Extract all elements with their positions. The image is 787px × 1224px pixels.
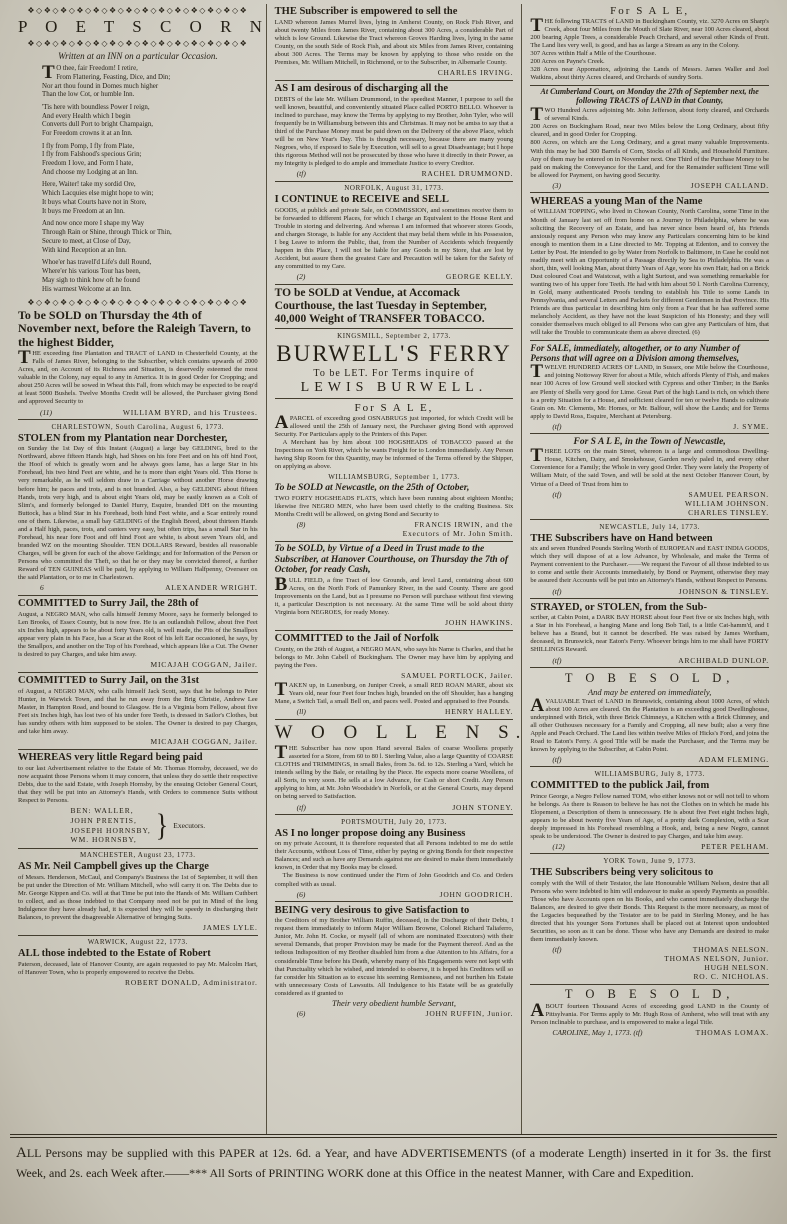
ad-strayed-horse: STRAYED, or STOLEN, from the Sub- scribe… [530,602,769,665]
ad-signature: (tf)JOHNSON & TINSLEY. [530,587,769,596]
ad-signature: (6)JOHN RUFFIN, Junior. [275,1009,514,1018]
ornament-border-bottom: ❖◇❖◇❖◇❖◇❖◇❖◇❖◇❖◇❖◇❖◇❖◇❖◇❖◇❖ [18,39,258,48]
signer-name: MICAJAH COGGAN, Jailer. [151,660,258,669]
rule [530,340,769,341]
ad-headline: AS I no longer propose doing any Busines… [275,828,514,840]
ad-ref: CAROLINE, May 1, 1773. (tf) [552,1028,642,1037]
ad-ref: (tf) [297,169,306,178]
ad-dateline: WILLIAMSBURG, July 8, 1773. [530,770,769,778]
signer-name: HENRY HALLEY. [445,707,513,716]
ad-headline: COMMITTED to the publick Jail, from [530,780,769,792]
rule [530,766,769,767]
ornament-divider: ❖◇❖◇❖◇❖◇❖◇❖◇❖◇❖◇❖◇❖◇❖◇❖◇❖◇❖ [18,298,258,307]
rule [18,419,258,420]
rule [275,181,514,182]
rule [530,85,769,86]
rule [530,984,769,985]
ad-woollens: W O O L L E N S. THE Subscriber has now … [275,722,514,811]
ad-signature: (tf)J. SYME. [530,422,769,431]
ad-missing-topping: WHEREAS a young Man of the Name of WILLI… [530,196,769,338]
signer-name: CHARLES IRVING. [438,68,514,77]
rule [18,749,258,750]
ad-signature: (tf)SAMUEL PEARSON. WILLIAM JOHNSON. CHA… [530,490,769,517]
ad-newcastle-lots: For S A L E, in the Town of Newcastle, T… [530,437,769,517]
ad-headline: WHEREAS very little Regard being paid [18,752,258,764]
ad-johnson-tinsley-goods: NEWCASTLE, July 14, 1773. THE Subscriber… [530,523,769,596]
ad-ref: (3) [552,181,561,190]
brace-glyph: } [156,808,168,844]
ad-body: Prince George, a Negro Fellow named TOM,… [530,793,769,841]
signer-name: JOHNSON & TINSLEY. [679,587,769,596]
rule [275,901,514,902]
rule [530,667,769,668]
ad-signature: (tf)ARCHIBALD DUNLOP. [530,656,769,665]
signer-name: JOHN RUFFIN, Junior. [426,1009,514,1018]
ad-ref: (8) [297,520,306,529]
ad-osnabrugs: For S A L E, A PARCEL of exceeding good … [275,402,514,471]
ad-body: BULL FIELD, a fine Tract of low Grounds,… [275,577,514,617]
signer-name: GEORGE KELLY. [446,272,513,281]
rule [275,328,514,329]
ad-body: GOODS, at publick and private Sale, on C… [275,207,514,271]
ad-headline: TO be SOLD at Vendue, at Accomack Courth… [275,287,514,326]
ad-campbell-business: MANCHESTER, August 23, 1773. AS Mr. Neil… [18,851,258,932]
ad-body: of WILLIAM TOPPING, who lived in Chowan … [530,208,769,337]
ad-pittsylvania-land: T O B E S O L D, ABOUT fourteen Thousand… [530,987,769,1037]
rule [18,848,258,849]
ad-body: TWELVE HUNDRED ACRES OF LAND, in Sussex,… [530,364,769,420]
rule [275,719,514,720]
ad-ref: (11) [40,408,52,417]
ad-body: THE Subscriber has now upon Hand several… [275,745,514,801]
rule [275,630,514,631]
closing-line: Their very obedient humble Servant, [275,998,514,1008]
signer-name: JOSEPH CALLAND. [691,181,769,190]
ad-body: THE exceeding fine Plantation and TRACT … [18,350,258,406]
ad-committed-norfolk: COMMITTED to the Jail of Norfolk County,… [275,633,514,680]
ad-body: A PARCEL of exceeding good OSNABRUGS jus… [275,415,514,439]
signer-name: JOHN GOODRICH. [440,890,514,899]
ad-headline: ALL those indebted to the Estate of Robe… [18,948,258,960]
ad-ref: (tf) [552,587,561,596]
signer-name: ROBERT DONALD, Administrator. [125,978,258,987]
ad-ref: (tf) [552,490,561,499]
signer-name: JOHN STONEY. [452,803,513,812]
to-be-sold-subtitle: And may be entered on immediately, [530,687,769,697]
ad-headline: At Cumberland Court, on Monday the 27th … [530,88,769,106]
ad-headline: AS I am desirous of discharging all the [275,83,514,95]
ad-ruffin-creditors: BEING very desirous to give Satisfaction… [275,905,514,1018]
ad-dateline: CHARLESTOWN, South Carolina, August 6, 1… [18,423,258,431]
ad-signature: (tf)RACHEL DRUMMOND. [275,169,514,178]
newspaper-page: ❖◇❖◇❖◇❖◇❖◇❖◇❖◇❖◇❖◇❖◇❖◇❖◇❖◇❖ P O E T S C … [0,0,787,1224]
poem-stanza: Here, Waiter! take my sordid Ore, Which … [42,181,258,216]
ad-body: August, a NEGRO MAN, who calls himself J… [18,611,258,659]
ad-signature: (2)GEORGE KELLY. [275,272,514,281]
ad-signature: (8)FRANCIS IRWIN, and the Executors of M… [275,520,514,538]
ad-ref: (tf) [297,803,306,812]
ad-signature: JOHN HAWKINS. [275,618,514,627]
ad-kelly-commission: NORFOLK, August 31, 1773. I CONTINUE to … [275,184,514,281]
ad-ref: (2) [297,272,306,281]
ad-body: comply with the Will of their Testator, … [530,880,769,944]
ad-body: of Messrs. Henderson, McCaul, and Compan… [18,874,258,922]
ad-dateline: NORFOLK, August 31, 1773. [275,184,514,192]
to-be-sold-title: T O B E S O L D, [530,987,769,1002]
signer-name: PETER PELHAM. [701,842,769,851]
ad-buckingham-tracts: For S A L E, THE following TRACTS of LAN… [530,5,769,82]
ad-body: of August, a NEGRO MAN, who calls himsel… [18,688,258,736]
ad-headline: THE Subscribers being very solicitous to [530,867,769,879]
to-be-sold-title: T O B E S O L D, [530,671,769,686]
ad-headline: STOLEN from my Plantation near Dorcheste… [18,433,258,445]
column-right: For S A L E, THE following TRACTS of LAN… [521,4,777,1134]
ad-dateline: YORK Town, June 9, 1773. [530,857,769,865]
ad-ref: (6) [297,890,306,899]
footer-rule-top [10,1134,777,1135]
rule [530,519,769,520]
ad-headline: COMMITTED to the Jail of Norfolk [275,633,514,645]
ad-headline: To be SOLD on Thursday the 4th of Novemb… [18,309,258,349]
signer-name: ADAM FLEMING. [699,755,769,764]
ad-headline: To be SOLD, by Virtue of a Deed in Trust… [275,544,514,576]
signer-name: THOMAS NELSON. THOMAS NELSON, Junior. HU… [664,945,769,981]
ad-signature: (12)PETER PELHAM. [530,842,769,851]
ad-bull-field: To be SOLD, by Virtue of a Deed in Trust… [275,544,514,627]
ad-signature: CAROLINE, May 1, 1773. (tf)THOMAS LOMAX. [530,1028,769,1037]
ad-signature: 6ALEXANDER WRIGHT. [18,583,258,592]
ad-signature: CHARLES IRVING. [275,68,514,77]
ferry-title: BURWELL'S FERRY [275,341,514,367]
ad-signature: ROBERT DONALD, Administrator. [18,978,258,987]
ad-body: THE following TRACTS of LAND in Buckingh… [530,18,769,82]
rule [18,935,258,936]
ad-ref: 6 [40,583,44,592]
ad-brunswick-land: T O B E S O L D, And may be entered on i… [530,671,769,764]
rule [530,192,769,193]
ad-dateline: NEWCASTLE, July 14, 1773. [530,523,769,531]
for-sale-heading: For S A L E, [275,402,514,414]
ad-headline: THE Subscribers have on Hand between [530,533,769,545]
ferry-subtitle: To be LET. For Terms inquire of [275,368,514,379]
ad-headline: COMMITTED to Surry Jail, on the 31st [18,675,258,687]
signer-name: THOMAS LOMAX. [696,1028,769,1037]
ad-dateline: KINGSMILL, September 2, 1773. [275,332,514,340]
executor-names: BEN: WALLER, JOHN PRENTIS, JOSEPH HORNSB… [70,806,150,845]
ad-dateline: WILLIAMSBURG, September 1, 1773. [275,473,514,481]
ad-body: the Creditors of my Brother William Ruff… [275,917,514,997]
ad-nelson-estate: YORK Town, June 9, 1773. THE Subscribers… [530,857,769,981]
ad-signature: MICAJAH COGGAN, Jailer. [18,660,258,669]
ad-irving-land: THE Subscriber is empowered to sell the … [275,6,514,77]
ornament-border-top: ❖◇❖◇❖◇❖◇❖◇❖◇❖◇❖◇❖◇❖◇❖◇❖◇❖◇❖ [18,6,258,15]
ad-sussex-acres: For SALE, immediately, altogether, or to… [530,343,769,430]
signer-name: JOHN HAWKINS. [445,618,513,627]
rule [275,398,514,399]
rule [530,853,769,854]
ad-dateline: MANCHESTER, August 23, 1773. [18,851,258,859]
ad-headline: For SALE, immediately, altogether, or to… [530,343,769,363]
poem-stanza: And now once more I shape my Way Through… [42,220,258,255]
ad-porto-bello: AS I am desirous of discharging all the … [275,83,514,178]
ad-signature: (3)JOSEPH CALLAND. [530,181,769,190]
rule [275,284,514,285]
ad-signature: (11)WILLIAM BYRD, and his Trustees. [18,408,258,417]
poem-occasion: Written at an INN on a particular Occasi… [18,51,258,61]
ad-taken-up-mare: TAKEN up, in Lunenburg, on Juniper Creek… [275,682,514,716]
rule [530,598,769,599]
ad-headline: To be SOLD at Newcastle, on the 25th of … [275,483,514,494]
signer-name: SAMUEL PEARSON. WILLIAM JOHNSON. CHARLES… [685,490,769,517]
ad-headline: AS Mr. Neil Campbell gives up the Charge [18,861,258,873]
ad-body: on Sunday the 1st Day of this Instant (A… [18,445,258,582]
ad-signature: (6)JOHN GOODRICH. [275,890,514,899]
rule [18,672,258,673]
signer-name: JAMES LYLE. [203,923,258,932]
signer-name: WILLIAM BYRD, and his Trustees. [123,408,258,417]
ad-ref: (ll) [297,707,306,716]
ad-committed-publick-jail: WILLIAMSBURG, July 8, 1773. COMMITTED to… [530,770,769,851]
ad-body-2: The Business is now continued under the … [275,872,514,888]
ad-headline: COMMITTED to Surry Jail, the 28th of [18,598,258,610]
ad-ref: (tf) [552,656,561,665]
ad-body: LAND whereon James Murrel lives, lying i… [275,19,514,67]
ad-dateline: PORTSMOUTH, July 20, 1773. [275,818,514,826]
ad-signature: (tf)THOMAS NELSON. THOMAS NELSON, Junior… [530,945,769,981]
ad-headline: WHEREAS a young Man of the Name [530,196,769,208]
ad-body: County, on the 26th of August, a NEGRO M… [275,646,514,670]
ad-body: scriber, at Cabin Point, a DARK BAY HORS… [530,614,769,654]
poem-stanza: TO thee, fair Freedom! I retire, From Fl… [42,65,258,100]
ad-body: six and seven Hundred Pounds Sterling Wo… [530,545,769,585]
for-sale-heading: For S A L E, [530,5,769,17]
ad-ref: (tf) [552,945,561,954]
ad-ref: (tf) [552,422,561,431]
ad-raleigh-tavern-sale: To be SOLD on Thursday the 4th of Novemb… [18,309,258,417]
ad-ref: (tf) [552,755,561,764]
executors-label: Executors. [173,821,205,830]
subscription-notice: ALL Persons may be supplied with this PA… [0,1138,787,1182]
ad-body: ABOUT fourteen Thousand Acres of exceedi… [530,1003,769,1027]
ad-body: THREE LOTS on the main Street, whereon i… [530,448,769,488]
signer-name: MICAJAH COGGAN, Jailer. [151,737,258,746]
ad-headline: THE Subscriber is empowered to sell the [275,6,514,18]
columns: ❖◇❖◇❖◇❖◇❖◇❖◇❖◇❖◇❖◇❖◇❖◇❖◇❖◇❖ P O E T S C … [0,0,787,1134]
ad-body: TWO Hundred Acres adjoining Mr. John Jef… [530,107,769,179]
ad-signature: (ll)HENRY HALLEY. [275,707,514,716]
ad-cumberland-tracts: At Cumberland Court, on Monday the 27th … [530,88,769,189]
poem-stanza: Whoe'er has travell'd Life's dull Round,… [42,259,258,294]
ad-signature: MICAJAH COGGAN, Jailer. [18,737,258,746]
ad-headline: BEING very desirous to give Satisfaction… [275,905,514,917]
ad-signature: JAMES LYLE. [18,923,258,932]
signer-name: SAMUEL PORTLOCK, Jailer. [401,671,513,680]
ferry-owner: LEWIS BURWELL. [275,380,514,396]
executors-block: BEN: WALLER, JOHN PRENTIS, JOSEPH HORNSB… [18,806,258,845]
signer-name: ALEXANDER WRIGHT. [165,583,257,592]
rule [530,433,769,434]
ad-signature: SAMUEL PORTLOCK, Jailer. [275,671,514,680]
ad-signature: (tf)JOHN STONEY. [275,803,514,812]
ad-ref: (6) [297,1009,306,1018]
ad-body: TAKEN up, in Lunenburg, on Juniper Creek… [275,682,514,706]
ad-headline: I CONTINUE to RECEIVE and SELL [275,194,514,206]
ad-body: to our last Advertisement relative to th… [18,765,258,805]
woollens-title: W O O L L E N S. [275,722,514,744]
ad-headline: For S A L E, in the Town of Newcastle, [530,437,769,448]
poem-stanza: I fly from Pomp, I fly from Plate, I fly… [42,143,258,178]
signer-name: FRANCIS IRWIN, and the Executors of Mr. … [403,520,514,538]
ad-newcastle-flats: WILLIAMSBURG, September 1, 1773. To be S… [275,473,514,538]
signer-name: RACHEL DRUMMOND. [422,169,514,178]
rule [275,541,514,542]
ad-transfer-tobacco: TO be SOLD at Vendue, at Accomack Courth… [275,287,514,326]
poets-corner-title: P O E T S C O R N E R. [18,17,258,37]
column-middle: THE Subscriber is empowered to sell the … [266,4,522,1134]
ad-hornsby-estate: WHEREAS very little Regard being paid to… [18,752,258,845]
ad-committed-surry-31: COMMITTED to Surry Jail, on the 31st of … [18,675,258,746]
rule [275,814,514,815]
poem-stanza: 'Tis here with boundless Power I reign, … [42,104,258,139]
ad-headline: STRAYED, or STOLEN, from the Sub- [530,602,769,614]
ad-dateline: WARWICK, August 22, 1773. [18,938,258,946]
ad-signature: (tf)ADAM FLEMING. [530,755,769,764]
ad-committed-surry-28: COMMITTED to Surry Jail, the 28th of Aug… [18,598,258,669]
rule [18,595,258,596]
ad-body-2: A Merchant has by him about 100 HOGSHEAD… [275,439,514,471]
ad-body: on my private Account, it is therefore r… [275,840,514,872]
ad-body: TWO FORTY HOGSHEADS FLATS, which have be… [275,495,514,519]
signer-name: J. SYME. [733,422,769,431]
ad-stolen-geldings: CHARLESTOWN, South Carolina, August 6, 1… [18,423,258,593]
ad-burwells-ferry: KINGSMILL, September 2, 1773. BURWELL'S … [275,332,514,396]
signer-name: ARCHIBALD DUNLOP. [678,656,769,665]
ad-paterson-estate: WARWICK, August 22, 1773. ALL those inde… [18,938,258,987]
ad-goodrich-business: PORTSMOUTH, July 20, 1773. AS I no longe… [275,818,514,899]
column-left: ❖◇❖◇❖◇❖◇❖◇❖◇❖◇❖◇❖◇❖◇❖◇❖◇❖◇❖ P O E T S C … [10,4,266,1134]
ad-body: Paterson, deceased, late of Hanover Coun… [18,961,258,977]
ad-body: DEBTS of the late Mr. William Drummond, … [275,96,514,168]
ad-body: A VALUABLE Tract of LAND in Brunswick, c… [530,698,769,754]
rule [275,80,514,81]
ad-ref: (12) [552,842,565,851]
